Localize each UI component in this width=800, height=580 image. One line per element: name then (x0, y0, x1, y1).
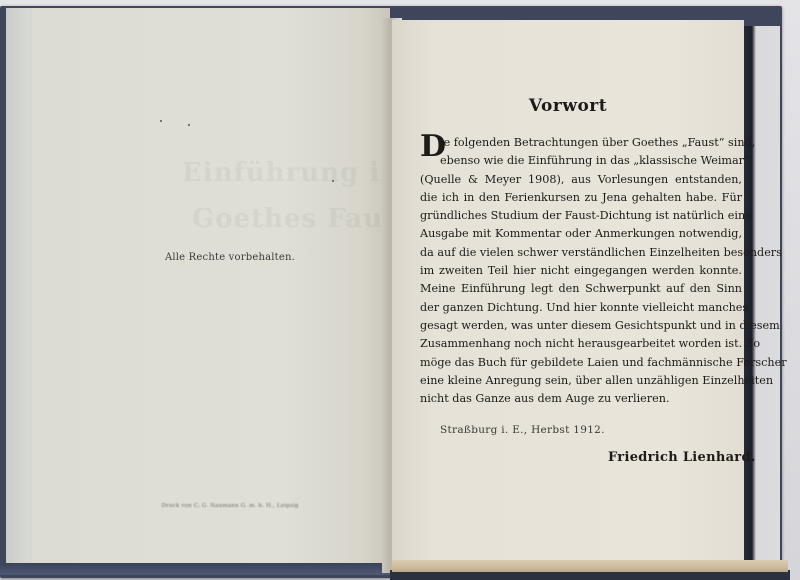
text-line: da auf die vielen schwer verständlichen … (420, 244, 742, 262)
page-title: Vorwort (392, 96, 744, 116)
rights-notice: Alle Rechte vorbehalten. (130, 252, 330, 263)
paper-speck (188, 124, 190, 126)
left-page: Einführung in Goethes Faust (32, 8, 390, 564)
printer-imprint: Druck von C. G. Naumann G. m. b. H., Lei… (110, 503, 350, 509)
preface-paragraph: ie folgenden Betrachtungen über Goethes … (420, 134, 742, 408)
book-cover-right-edge (740, 26, 780, 574)
place-date: Straßburg i. E., Herbst 1912. (440, 424, 605, 436)
text-line: möge das Buch für gebildete Laien und fa… (420, 354, 742, 372)
text-line: (Quelle & Meyer 1908), aus Vorlesungen e… (420, 171, 742, 189)
text-line: eine kleine Anregung sein, über allen un… (420, 372, 742, 390)
text-line: ie folgenden Betrachtungen über Goethes … (420, 134, 742, 152)
text-line: Zusammenhang noch nicht herausgearbeitet… (420, 335, 742, 353)
text-line: Meine Einführung legt den Schwerpunkt au… (420, 280, 742, 298)
text-line: ebenso wie die Einführung in das „klassi… (420, 152, 742, 170)
book-cover-bottom (0, 563, 390, 575)
page-block-edge (392, 560, 788, 572)
author-signature: Friedrich Lienhard. (608, 450, 756, 465)
paper-speck (332, 180, 334, 182)
text-line: die ich in den Ferienkursen zu Jena geha… (420, 189, 742, 207)
bleed-through-text: Einführung in (182, 158, 400, 188)
text-line: gründliches Studium der Faust-Dichtung i… (420, 207, 742, 225)
bleed-through-text: Goethes Faust (192, 204, 412, 234)
paper-speck (160, 120, 162, 122)
text-line: gesagt werden, was unter diesem Gesichts… (420, 317, 742, 335)
text-line: nicht das Ganze aus dem Auge zu verliere… (420, 390, 742, 408)
text-line: im zweiten Teil hier nicht eingegangen w… (420, 262, 742, 280)
text-line: der ganzen Dichtung. Und hier konnte vie… (420, 299, 742, 317)
text-line: Ausgabe mit Kommentar oder Anmerkungen n… (420, 225, 742, 243)
